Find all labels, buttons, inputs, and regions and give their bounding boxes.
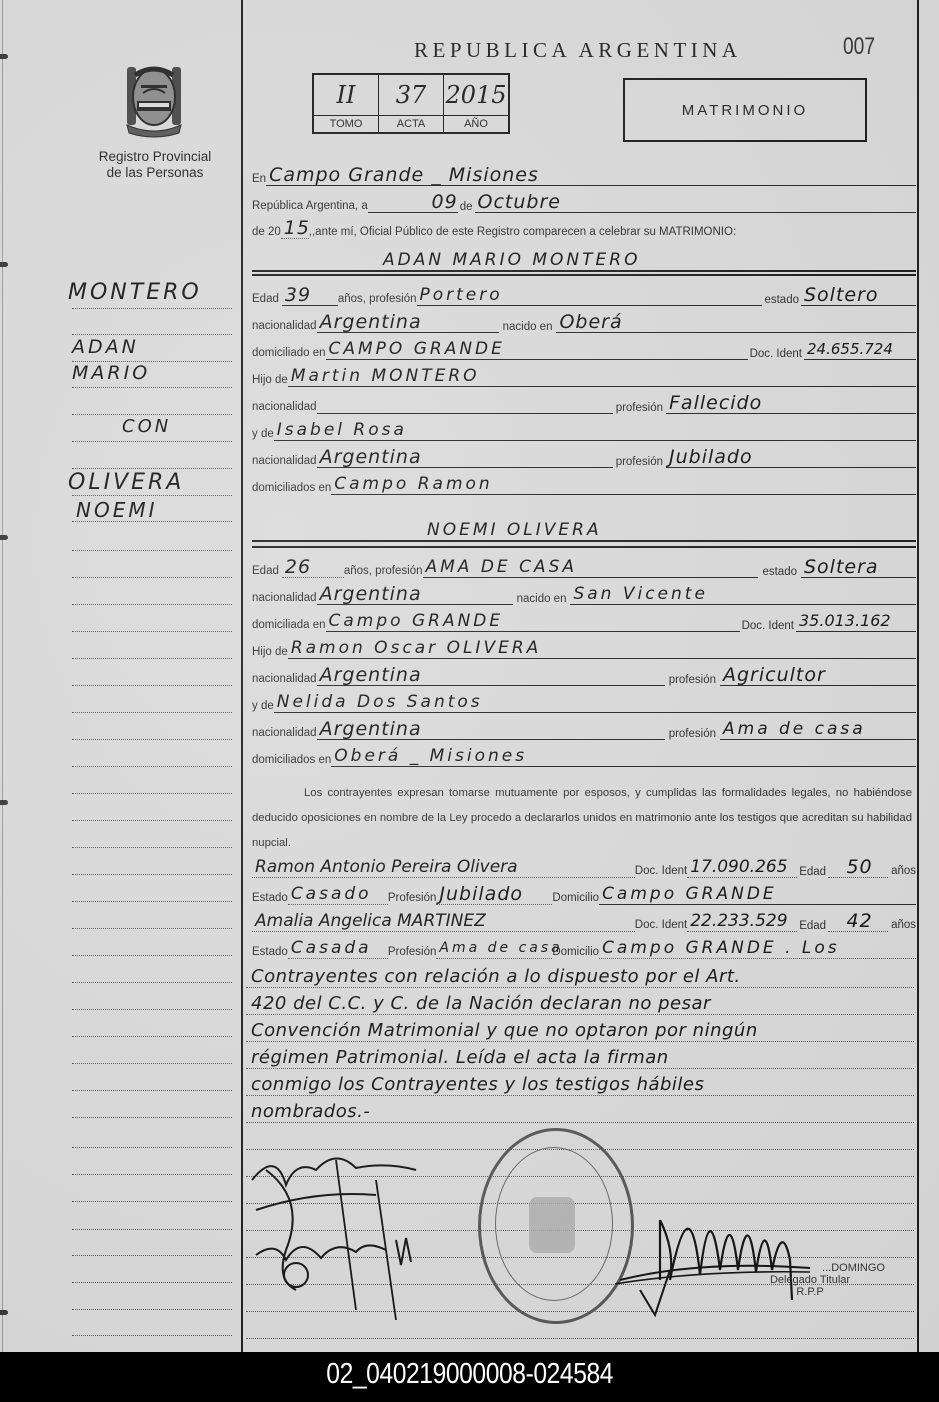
witness-2-doc: 22.233.529 xyxy=(687,911,787,931)
witness-1-domicilio: Campo GRANDE xyxy=(599,884,777,904)
groom-mother-profesion: Jubilado xyxy=(666,447,753,467)
margin-line xyxy=(72,1089,232,1091)
profesion-label: años, profesión xyxy=(344,565,423,578)
bride-parents-domicilio-field: Oberá _ Misiones xyxy=(331,746,916,767)
margin-line xyxy=(72,1062,232,1064)
profesion-label: profesión xyxy=(665,728,720,740)
margin-line xyxy=(72,1008,232,1010)
witness-1-domicilio-field: Campo GRANDE xyxy=(599,884,916,905)
hijo-label: Hijo de xyxy=(252,646,288,659)
profesion-label: Profesión xyxy=(388,946,437,959)
anios-label: años xyxy=(888,919,916,932)
bride-parents-domicilio: Oberá _ Misiones xyxy=(331,746,527,766)
witness-1-estado: Casado xyxy=(288,884,372,904)
notes-text-6: nombrados.- xyxy=(248,1102,370,1122)
bride-estado-field: Soltera xyxy=(801,557,916,578)
margin-line xyxy=(72,440,232,442)
anios-label: años xyxy=(888,865,916,878)
witness-2-name: Amalia Angelica MARTINEZ xyxy=(252,911,486,931)
bride-age-row: Edad 26 años, profesión AMA DE CASA esta… xyxy=(252,558,916,578)
bride-mother-nacionalidad: Argentina xyxy=(317,719,422,739)
groom-domicilio-field: CAMPO GRANDE xyxy=(326,339,748,360)
estado-label: estado xyxy=(758,566,801,578)
official-org: R.P.P xyxy=(735,1286,885,1298)
groom-domicilio: CAMPO GRANDE xyxy=(326,339,505,359)
margin-line xyxy=(72,413,232,415)
groom-nacionalidad-field: Argentina xyxy=(317,312,499,333)
margin-line xyxy=(72,1200,232,1202)
margin-line xyxy=(72,981,232,983)
de-label: de xyxy=(458,201,475,213)
estado-label: Estado xyxy=(252,892,288,905)
margin-note-bride-surname: OLIVERA xyxy=(68,470,184,495)
doc-label: Doc. Ident xyxy=(635,865,687,878)
margin-note-middlename: MARIO xyxy=(72,362,150,384)
domicilio-label: domiciliado en xyxy=(252,347,326,360)
bride-estado: Soltera xyxy=(801,557,879,577)
acta-value: 37 xyxy=(379,74,444,116)
notes-line: nombrados.- xyxy=(246,1097,914,1123)
official-title: Delegado Titular xyxy=(735,1274,885,1286)
witness-2-edad: 42 xyxy=(843,911,872,931)
groom-father: Martin MONTERO xyxy=(288,366,480,386)
document-id: 02_040219000008-024584 xyxy=(326,1355,613,1393)
witness-1-row: Ramon Antonio Pereira Olivera Doc. Ident… xyxy=(252,858,916,878)
groom-father-profesion-field: Fallecido xyxy=(666,393,916,414)
nacionalidad-label: nacionalidad xyxy=(252,320,317,333)
notes-line: 420 del C.C. y C. de la Nación declaran … xyxy=(246,989,914,1015)
section-divider xyxy=(252,546,916,548)
margin-line xyxy=(72,333,232,335)
declaration-text: Los contrayentes expresan tomarse mutuam… xyxy=(252,787,912,849)
page-edge xyxy=(2,0,3,1352)
margin-line xyxy=(72,1334,232,1336)
country-title: REPUBLICA ARGENTINA xyxy=(414,38,742,63)
nacionalidad-label: nacionalidad xyxy=(252,727,317,740)
month-value: Octubre xyxy=(475,192,561,212)
nacionalidad-label: nacionalidad xyxy=(252,401,317,414)
doc-label: Doc. Ident xyxy=(748,348,804,360)
groom-father-nationality-row: nacionalidad profesión Fallecido xyxy=(252,394,916,414)
margin-line xyxy=(72,846,232,848)
notes-line: conmigo los Contrayentes y los testigos … xyxy=(246,1070,914,1096)
witness-1-profesion-field: Jubilado xyxy=(436,884,552,905)
bride-profesion-field: AMA DE CASA xyxy=(423,557,759,578)
notes-line: Contrayentes con relación a lo dispuesto… xyxy=(246,962,914,988)
bride-father: Ramon Oscar OLIVERA xyxy=(288,638,541,658)
margin-line xyxy=(72,1228,232,1230)
bride-edad-field: 26 xyxy=(282,557,344,578)
groom-father-profesion: Fallecido xyxy=(666,393,762,413)
notes-text-5: conmigo los Contrayentes y los testigos … xyxy=(248,1075,704,1095)
doc-label: Doc. Ident xyxy=(635,919,687,932)
witness-2-domicilio-field: Campo GRANDE . Los xyxy=(599,938,916,959)
bride-father-profesion-field: Agricultor xyxy=(720,665,916,686)
nacionalidad-label: nacionalidad xyxy=(252,592,317,605)
intro-year-row: de 20 15 ,,ante mí, Oficial Público de e… xyxy=(252,219,916,239)
groom-full-name: ADAN MARIO MONTERO xyxy=(380,250,640,270)
groom-parents-domicilio-field: Campo Ramon xyxy=(331,474,916,495)
profesion-label: profesión xyxy=(665,674,720,686)
bride-father-nacionalidad-field: Argentina xyxy=(317,665,665,686)
intro-date-row: República Argentina, a 09 de Octubre xyxy=(252,193,916,213)
anio-value: 2015 xyxy=(444,74,510,116)
tomo-label: TOMO xyxy=(313,116,379,134)
binding-hole xyxy=(0,800,8,805)
margin-note-con: CON xyxy=(122,416,171,437)
witness-1-estado-field: Casado xyxy=(288,884,388,905)
witness-1-details-row: Estado Casado Profesión Jubilado Domicil… xyxy=(252,885,916,905)
notes-text-4: régimen Patrimonial. Leída el acta la fi… xyxy=(248,1048,669,1068)
groom-mother-field: Isabel Rosa xyxy=(274,420,916,441)
margin-line xyxy=(72,657,232,659)
margin-line xyxy=(72,792,232,794)
bride-doc-field: 35.013.162 xyxy=(796,611,916,632)
bride-full-name: NOEMI OLIVERA xyxy=(424,520,602,540)
margin-line xyxy=(72,819,232,821)
witness-1-edad-field: 50 xyxy=(828,857,888,878)
bride-domicilio-field: Campo GRANDE xyxy=(326,611,740,632)
witness-1-doc-field: 17.090.265 xyxy=(687,857,797,878)
bride-father-nationality-row: nacionalidad Argentina profesión Agricul… xyxy=(252,666,916,686)
margin-line xyxy=(72,1254,232,1256)
frame-right-border xyxy=(917,0,919,1352)
notes-text-1: Contrayentes con relación a lo dispuesto… xyxy=(248,967,741,987)
groom-profesion: Portero xyxy=(417,285,503,305)
groom-edad-field: 39 xyxy=(282,285,338,306)
profesion-label: Profesión xyxy=(388,892,437,905)
witness-2-estado: Casada xyxy=(288,938,372,958)
intro-statement: ,,ante mí, Oficial Público de este Regis… xyxy=(309,226,736,239)
bride-name-row: NOEMI OLIVERA xyxy=(252,518,916,542)
year-suffix-field: 15 xyxy=(281,218,309,239)
registry-name-line1: Registro Provincial xyxy=(80,149,230,165)
binding-hole xyxy=(0,1310,8,1315)
yde-label: y de xyxy=(252,428,274,441)
bride-domicile-row: domiciliada en Campo GRANDE Doc. Ident 3… xyxy=(252,612,916,632)
year-prefix-label: de 20 xyxy=(252,226,281,239)
bride-parents-domicile-row: domiciliados en Oberá _ Misiones xyxy=(252,747,916,767)
groom-profesion-field: Portero xyxy=(417,285,763,306)
declaration-paragraph: Los contrayentes expresan tomarse mutuam… xyxy=(252,781,912,856)
margin-line xyxy=(72,386,232,388)
margin-line xyxy=(72,1281,232,1283)
margin-line xyxy=(72,684,232,686)
notes-text-3: Convención Matrimonial y que no optaron … xyxy=(248,1021,758,1041)
groom-mother-nationality-row: nacionalidad Argentina profesión Jubilad… xyxy=(252,448,916,468)
witness-2-name-field: Amalia Angelica MARTINEZ xyxy=(252,911,635,932)
official-name: ...DOMINGO xyxy=(735,1262,885,1274)
bride-mother-nationality-row: nacionalidad Argentina profesión Ama de … xyxy=(252,720,916,740)
folio-number: 007 xyxy=(843,33,875,61)
margin-line xyxy=(72,954,232,956)
witness-1-name-field: Ramon Antonio Pereira Olivera xyxy=(252,857,635,878)
edad-label: Edad xyxy=(797,866,828,878)
binding-hole xyxy=(0,262,8,267)
groom-father-row: Hijo de Martin MONTERO xyxy=(252,367,916,387)
republica-label: República Argentina, a xyxy=(252,200,368,213)
place-value: Campo Grande _ Misiones xyxy=(266,165,539,185)
margin-line xyxy=(72,1035,232,1037)
bride-nacido-field: San Vicente xyxy=(570,584,916,605)
witness-2-profesion-field: Ama de casa xyxy=(436,938,552,959)
groom-domicile-row: domiciliado en CAMPO GRANDE Doc. Ident 2… xyxy=(252,340,916,360)
margin-line xyxy=(72,1116,232,1118)
margin-line xyxy=(72,630,232,632)
witness-2-profesion: Ama de casa xyxy=(436,938,562,958)
registry-name: Registro Provincial de las Personas xyxy=(80,149,230,181)
witness-1-edad: 50 xyxy=(843,857,872,877)
bride-mother-field: Nelida Dos Santos xyxy=(274,692,916,713)
binding-hole xyxy=(0,54,8,59)
misiones-emblem-icon xyxy=(123,63,185,139)
groom-nacido-en: Oberá xyxy=(556,312,622,332)
groom-name-row: ADAN MARIO MONTERO xyxy=(252,248,916,272)
bride-domicilio: Campo GRANDE xyxy=(326,611,504,631)
bride-father-field: Ramon Oscar OLIVERA xyxy=(288,638,916,659)
bride-mother-profesion: Ama de casa xyxy=(720,719,866,739)
estado-label: estado xyxy=(762,294,801,306)
record-type-box: MATRIMONIO xyxy=(623,78,867,142)
margin-line xyxy=(72,549,232,551)
groom-doc: 24.655.724 xyxy=(804,339,893,359)
witness-2-details-row: Estado Casada Profesión Ama de casa Domi… xyxy=(252,939,916,959)
yde-label: y de xyxy=(252,700,274,713)
marriage-certificate-page: Registro Provincial de las Personas REPU… xyxy=(0,0,939,1352)
witness-2-estado-field: Casada xyxy=(288,938,388,959)
margin-line xyxy=(72,467,232,469)
acta-label: ACTA xyxy=(379,116,444,134)
groom-mother-nacionalidad: Argentina xyxy=(317,447,422,467)
document-id-footer: 02_040219000008-024584 xyxy=(0,1352,939,1402)
groom-edad: 39 xyxy=(282,285,311,305)
groom-age-row: Edad 39 años, profesión Portero estado S… xyxy=(252,286,916,306)
bride-father-row: Hijo de Ramon Oscar OLIVERA xyxy=(252,639,916,659)
nacionalidad-label: nacionalidad xyxy=(252,455,317,468)
bride-nationality-row: nacionalidad Argentina nacido en San Vic… xyxy=(252,585,916,605)
profesion-label: profesión xyxy=(613,402,666,414)
margin-line xyxy=(72,738,232,740)
official-signature-block: ...DOMINGO Delegado Titular R.P.P xyxy=(735,1262,885,1298)
bride-nacido-en: San Vicente xyxy=(570,584,707,604)
margin-line xyxy=(72,765,232,767)
groom-mother-nacionalidad-field: Argentina xyxy=(317,447,613,468)
groom-mother-profesion-field: Jubilado xyxy=(666,447,916,468)
nacido-label: nacido en xyxy=(499,321,557,333)
doc-label: Doc. Ident xyxy=(740,620,796,632)
record-reference-table: II 37 2015 TOMO ACTA AÑO xyxy=(312,73,510,134)
bride-edad: 26 xyxy=(282,557,311,577)
registry-name-line2: de las Personas xyxy=(80,165,230,181)
groom-nationality-row: nacionalidad Argentina nacido en Oberá xyxy=(252,313,916,333)
binding-hole xyxy=(0,535,8,540)
day-field: 09 xyxy=(368,192,458,213)
groom-parents-domicilio: Campo Ramon xyxy=(331,474,492,494)
witness-2-domicilio: Campo GRANDE . Los xyxy=(599,938,840,958)
margin-line xyxy=(72,711,232,713)
place-field: Campo Grande _ Misiones xyxy=(266,165,916,186)
nacido-label: nacido en xyxy=(513,593,571,605)
groom-nacido-field: Oberá xyxy=(556,312,916,333)
tomo-value: II xyxy=(313,74,379,116)
witness-2-row: Amalia Angelica MARTINEZ Doc. Ident 22.2… xyxy=(252,912,916,932)
hijo-label: Hijo de xyxy=(252,374,288,387)
margin-line xyxy=(72,927,232,929)
margin-line xyxy=(72,307,232,309)
groom-estado-field: Soltero xyxy=(801,285,916,306)
bride-father-profesion: Agricultor xyxy=(720,665,826,685)
groom-nacionalidad: Argentina xyxy=(317,312,422,332)
anio-label: AÑO xyxy=(444,116,510,134)
margin-line xyxy=(72,900,232,902)
day-value: 09 xyxy=(429,192,458,212)
witness-1-profesion: Jubilado xyxy=(436,884,523,904)
intro-place-row: En Campo Grande _ Misiones xyxy=(252,166,916,186)
margin-divider xyxy=(241,0,243,1352)
notes-line: régimen Patrimonial. Leída el acta la fi… xyxy=(246,1043,914,1069)
bride-doc: 35.013.162 xyxy=(796,611,891,631)
domicilio-label: Domicilio xyxy=(552,892,599,905)
estado-label: Estado xyxy=(252,946,288,959)
groom-father-field: Martin MONTERO xyxy=(288,366,916,387)
groom-mother: Isabel Rosa xyxy=(274,420,407,440)
witness-1-name: Ramon Antonio Pereira Olivera xyxy=(252,857,518,877)
notes-line: Convención Matrimonial y que no optaron … xyxy=(246,1016,914,1042)
margin-line xyxy=(72,1173,232,1175)
margin-note-surname: MONTERO xyxy=(68,280,202,305)
margin-note-firstname: ADAN xyxy=(72,336,139,358)
bride-nacionalidad: Argentina xyxy=(317,584,422,604)
profesion-label: años, profesión xyxy=(338,293,417,306)
profesion-label: profesión xyxy=(613,456,666,468)
year-suffix-value: 15 xyxy=(281,218,310,238)
bride-profesion: AMA DE CASA xyxy=(423,557,578,577)
groom-mother-row: y de Isabel Rosa xyxy=(252,421,916,441)
margin-line xyxy=(72,1146,232,1148)
bride-mother: Nelida Dos Santos xyxy=(274,692,483,712)
witness-signatures-icon xyxy=(246,1140,446,1320)
margin-line xyxy=(72,1308,232,1310)
section-divider xyxy=(252,274,916,276)
domicilio-label: domiciliada en xyxy=(252,619,326,632)
bride-father-nacionalidad: Argentina xyxy=(317,665,422,685)
groom-doc-field: 24.655.724 xyxy=(804,339,916,360)
groom-parents-domicile-row: domiciliados en Campo Ramon xyxy=(252,475,916,495)
groom-father-nacionalidad-field xyxy=(317,393,613,414)
bride-nacionalidad-field: Argentina xyxy=(317,584,513,605)
groom-estado: Soltero xyxy=(801,285,879,305)
witness-2-edad-field: 42 xyxy=(828,911,888,932)
bride-mother-profesion-field: Ama de casa xyxy=(720,719,916,740)
margin-line xyxy=(72,576,232,578)
notes-text-2: 420 del C.C. y C. de la Nación declaran … xyxy=(248,994,711,1014)
domicilios-label: domiciliados en xyxy=(252,482,331,495)
margin-line xyxy=(72,603,232,605)
margin-line xyxy=(72,873,232,875)
month-field: Octubre xyxy=(475,192,916,213)
record-type: MATRIMONIO xyxy=(682,102,808,119)
edad-label: Edad xyxy=(252,565,279,578)
edad-label: Edad xyxy=(797,920,828,932)
margin-note-bride-name: NOEMI xyxy=(76,498,158,522)
domicilios-label: domiciliados en xyxy=(252,754,331,767)
nacionalidad-label: nacionalidad xyxy=(252,673,317,686)
witness-2-doc-field: 22.233.529 xyxy=(687,911,797,932)
bride-mother-row: y de Nelida Dos Santos xyxy=(252,693,916,713)
en-label: En xyxy=(252,173,266,186)
witness-1-doc: 17.090.265 xyxy=(687,857,787,877)
bride-mother-nacionalidad-field: Argentina xyxy=(317,719,665,740)
edad-label: Edad xyxy=(252,293,279,306)
